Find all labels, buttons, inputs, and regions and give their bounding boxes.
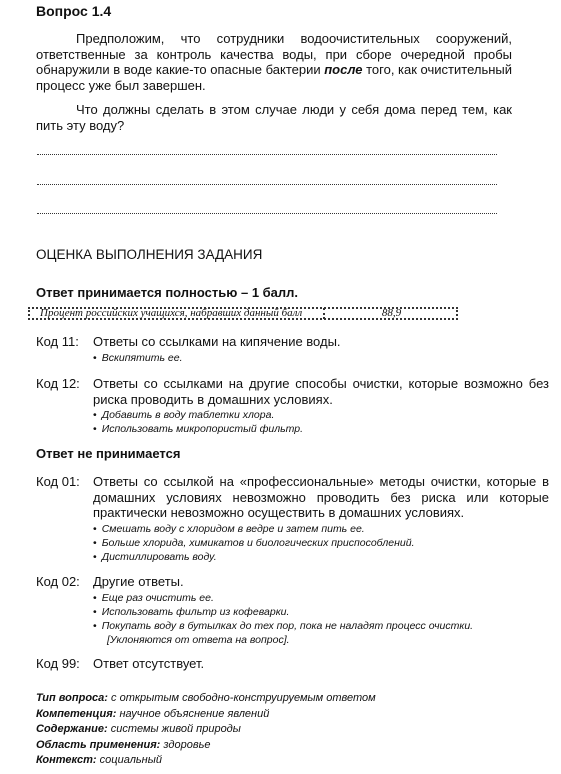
question-prompt: Что должны сделать в этом случае люди у …	[36, 102, 512, 133]
question-paragraph: Предположим, что сотрудники водоочистите…	[36, 31, 512, 93]
answer-line-3[interactable]	[37, 213, 497, 214]
stat-value: 88,9	[325, 308, 458, 319]
stat-label: Процент российских учащихся, набравших д…	[30, 308, 325, 319]
example: Использовать фильтр из кофеварки.	[93, 605, 549, 619]
example: Дистиллировать воду.	[93, 550, 549, 564]
example: Использовать микропористый фильтр.	[93, 422, 549, 436]
meta-content: Содержание: системы живой природы	[36, 722, 376, 738]
question-metadata: Тип вопроса: с открытым свободно-констру…	[36, 691, 376, 769]
question-title: Вопрос 1.4	[36, 3, 111, 19]
meta-type: Тип вопроса: с открытым свободно-констру…	[36, 691, 376, 707]
example: Еще раз очистить ее.	[93, 591, 549, 605]
example: Больше хлорида, химикатов и биологически…	[93, 536, 549, 550]
example: Покупать воду в бутылках до тех пор, пок…	[93, 619, 549, 633]
grading-heading: ОЦЕНКА ВЫПОЛНЕНИЯ ЗАДАНИЯ	[36, 247, 262, 262]
meta-context: Контекст: социальный	[36, 753, 376, 769]
example: Добавить в воду таблетки хлора.	[93, 408, 549, 422]
meta-application: Область применения: здоровье	[36, 738, 376, 754]
answer-line-2[interactable]	[37, 184, 497, 185]
meta-competence: Компетенция: научное объяснение явлений	[36, 707, 376, 723]
answer-line-1[interactable]	[37, 154, 497, 155]
example-note: [Уклоняются от ответа на вопрос].	[93, 633, 549, 647]
emphasis-word: после	[324, 62, 362, 77]
example: Смешать воду с хлоридом в ведре и затем …	[93, 522, 549, 536]
stat-table: Процент российских учащихся, набравших д…	[28, 307, 458, 320]
full-credit-heading: Ответ принимается полностью – 1 балл.	[36, 285, 298, 300]
example: Вскипятить ее.	[93, 351, 549, 365]
no-credit-heading: Ответ не принимается	[36, 446, 180, 461]
